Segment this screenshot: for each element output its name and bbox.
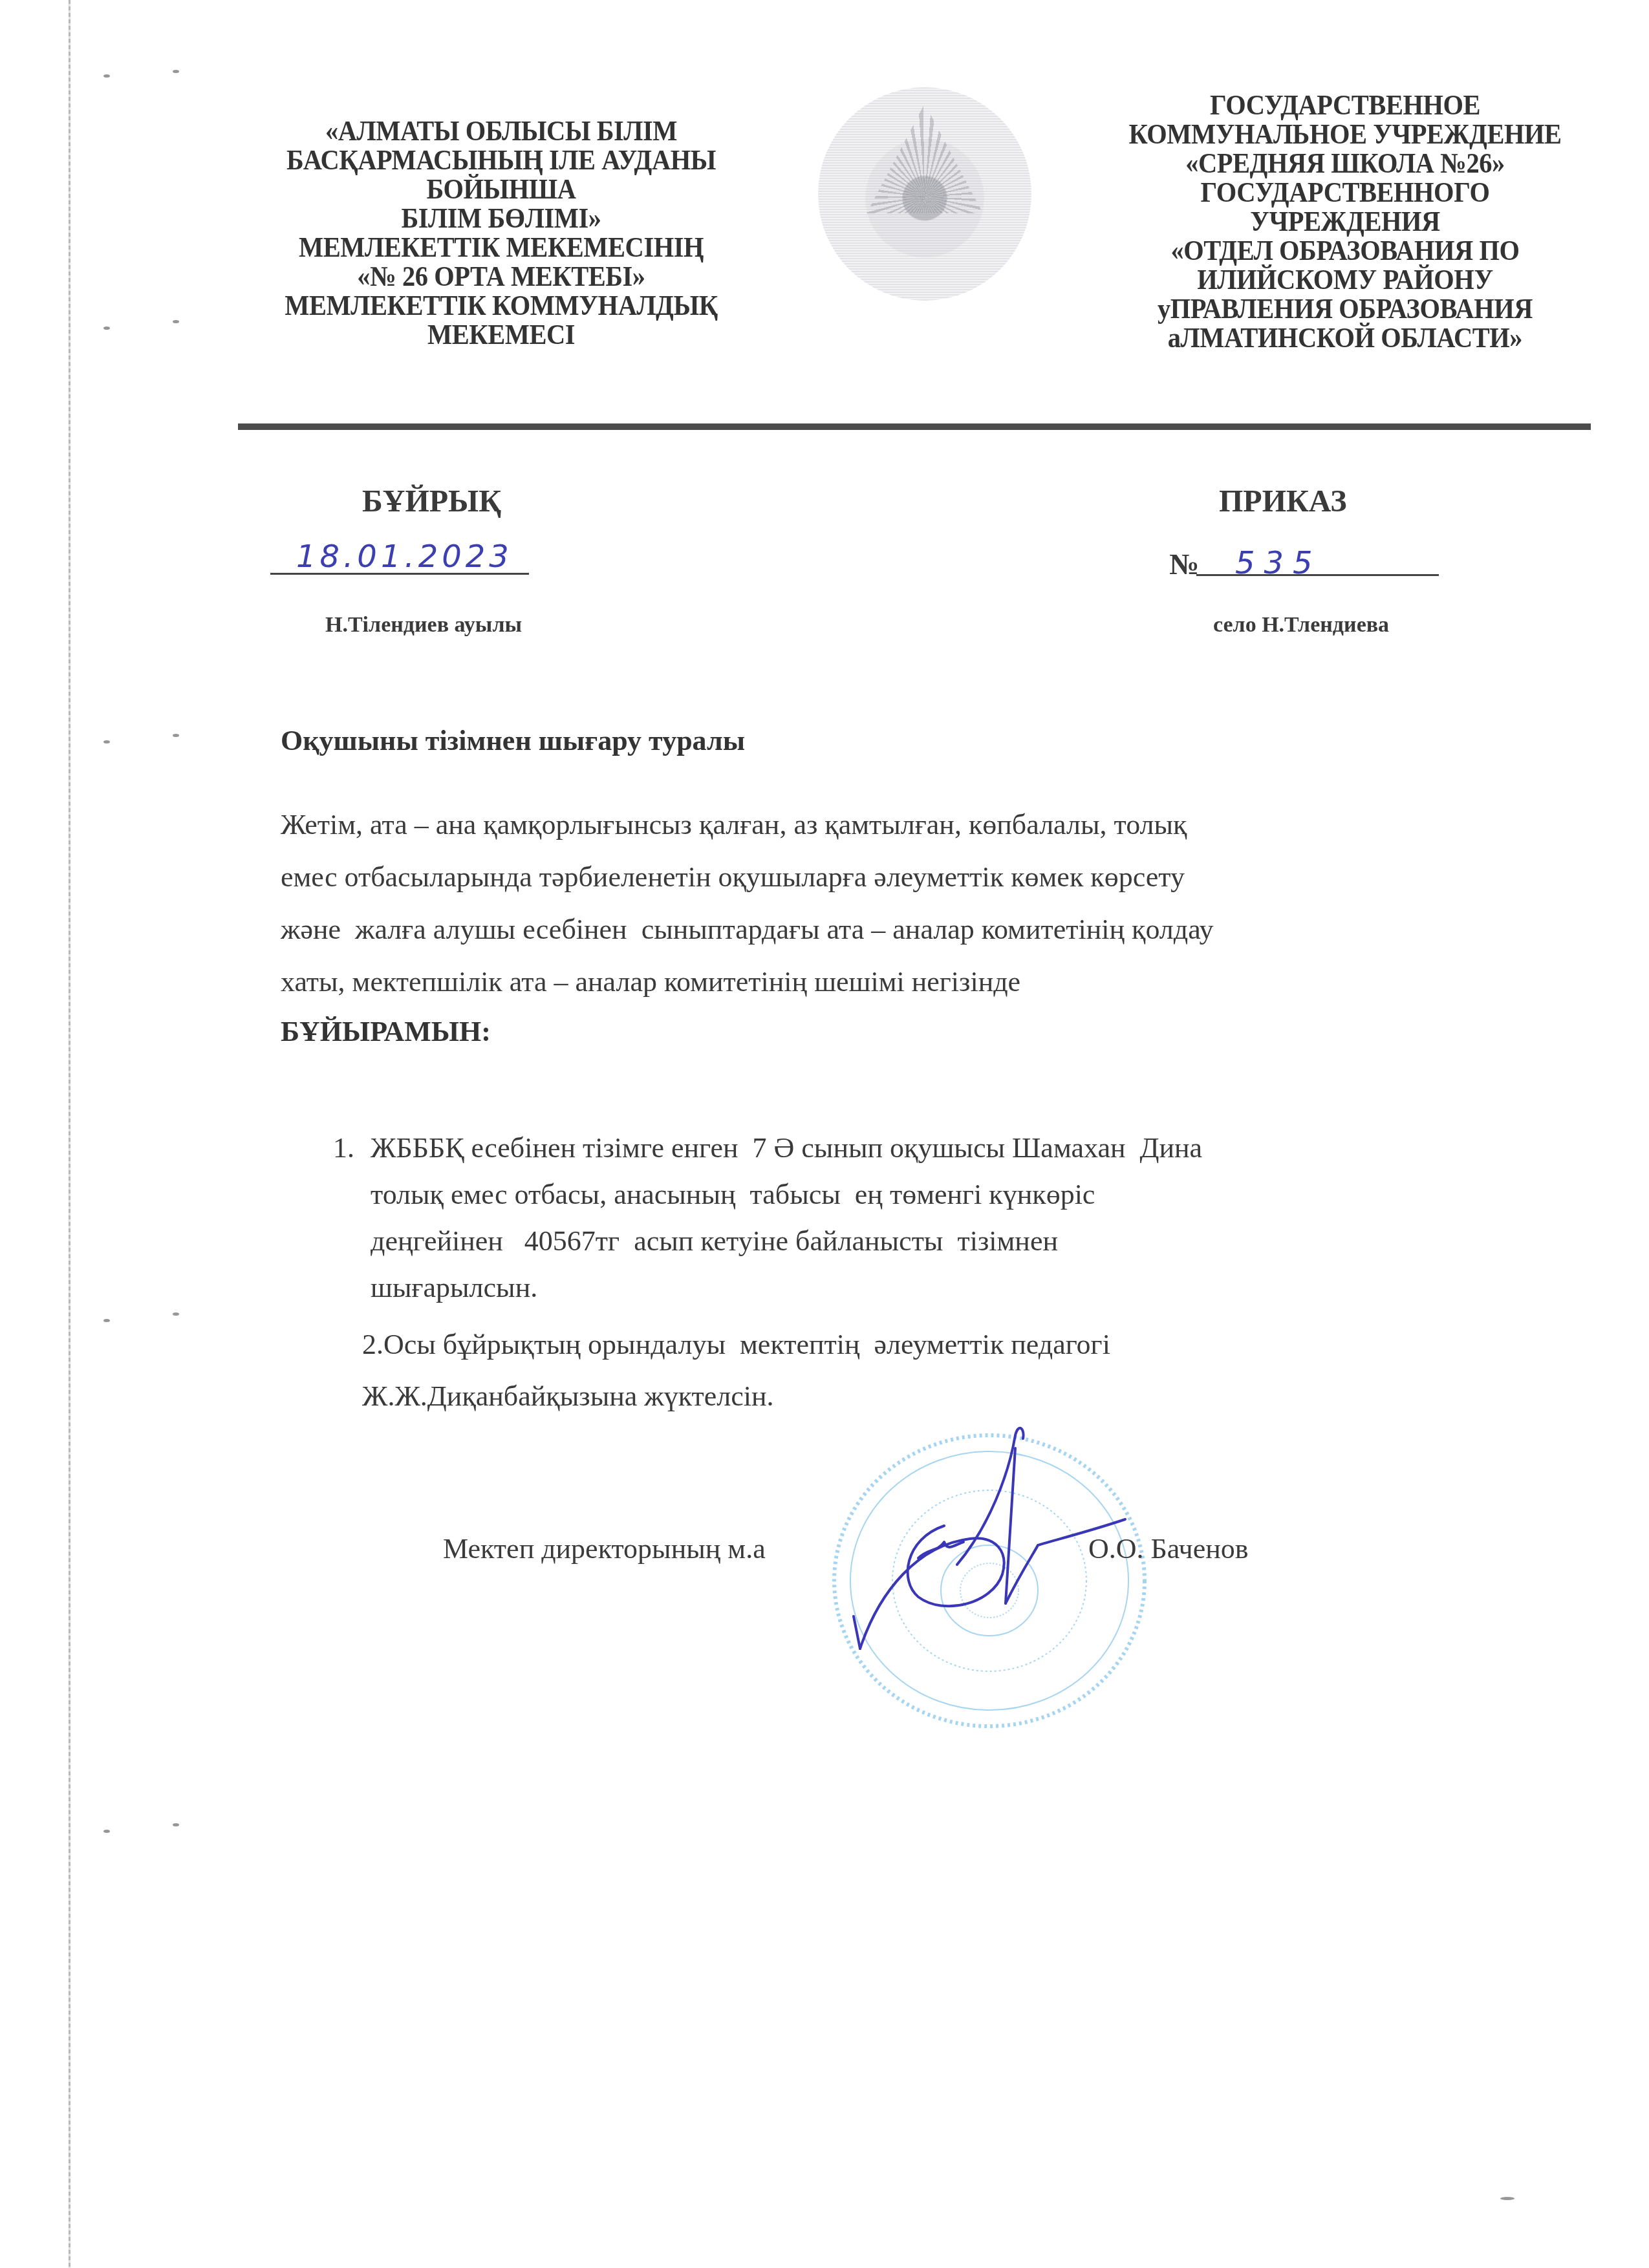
header-line: ИЛИЙСКОМУ РАЙОНУ	[1089, 265, 1600, 294]
scan-speck	[173, 1312, 179, 1316]
item-number: 1.	[333, 1125, 354, 1171]
header-line: КОММУНАЛЬНОЕ УЧРЕЖДЕНИЕ	[1089, 120, 1600, 149]
header-line: ГОСУДАРСТВЕННОЕ	[1089, 91, 1600, 120]
order-title-kz: БҰЙРЫҚ	[362, 484, 501, 519]
scan-speck	[173, 1823, 179, 1826]
scan-speck	[173, 320, 179, 323]
header-line: уПРАВЛЕНИЯ ОБРАЗОВАНИЯ	[1089, 294, 1600, 323]
order-subject: Оқушыны тізімнен шығару туралы	[281, 724, 745, 757]
date-underline	[270, 573, 529, 575]
header-line: БІЛІМ БӨЛІМІ»	[219, 204, 784, 233]
header-line: УЧРЕЖДЕНИЯ	[1089, 207, 1600, 236]
order-date: 18.01.2023	[296, 539, 513, 575]
scan-margin-line	[69, 0, 70, 2268]
header-line: ГОСУДАРСТВЕННОГО	[1089, 178, 1600, 207]
header-line: БАСҚАРМАСЫНЫҢ ІЛЕ АУДАНЫ	[219, 145, 784, 175]
header-left-kazakh: «АЛМАТЫ ОБЛЫСЫ БІЛІМ БАСҚАРМАСЫНЫҢ ІЛЕ А…	[219, 116, 784, 349]
scan-speck	[103, 1319, 110, 1322]
signatory-position: Мектеп директорының м.а	[443, 1532, 766, 1565]
scan-speck	[103, 326, 110, 330]
header-line: БОЙЫНША	[219, 175, 784, 204]
header-line: МЕМЛЕКЕТТІК МЕКЕМЕСІНІҢ	[219, 233, 784, 262]
header-divider	[238, 423, 1591, 430]
item-line: Ж.Ж.Диқанбайқызына жүктелсін.	[362, 1371, 1526, 1422]
order-item-2: 2.Осы бұйрықтың орындалуы мектептің әлеу…	[362, 1319, 1526, 1422]
place-kz: Н.Тілендиев ауылы	[325, 613, 522, 637]
header-line: МЕКЕМЕСІ	[219, 320, 784, 349]
preamble-line: және жалға алушы есебінен сыныптардағы а…	[281, 903, 1509, 956]
scan-speck	[103, 1830, 110, 1833]
item-line: ЖБББҚ есебінен тізімге енген 7 Ә сынып о…	[371, 1125, 1535, 1171]
scan-speck	[103, 740, 110, 744]
place-ru: село Н.Тлендиева	[1213, 613, 1389, 637]
header-line: «ОТДЕЛ ОБРАЗОВАНИЯ ПО	[1089, 236, 1600, 265]
header-line: «АЛМАТЫ ОБЛЫСЫ БІЛІМ	[219, 116, 784, 145]
header-line: МЕМЛЕКЕТТІК КОММУНАЛДЫҚ	[219, 291, 784, 320]
order-directive: БҰЙЫРАМЫН:	[281, 1015, 491, 1048]
number-sign: №	[1169, 547, 1199, 581]
number-underline	[1196, 574, 1439, 576]
scan-speck	[1500, 2197, 1514, 2200]
preamble-line: хаты, мектепшілік ата – аналар комитетін…	[281, 956, 1509, 1008]
header-line: аЛМАТИНСКОЙ ОБЛАСТИ»	[1089, 323, 1600, 352]
item-line: шығарылсын.	[371, 1265, 1535, 1311]
preamble: Жетім, ата – ана қамқорлығынсыз қалған, …	[281, 798, 1509, 1008]
scan-speck	[173, 70, 179, 73]
scan-speck	[173, 734, 179, 737]
item-line: деңгейінен 40567тг асып кетуіне байланыс…	[371, 1218, 1535, 1265]
header-line: «№ 26 ОРТА МЕКТЕБІ»	[219, 262, 784, 291]
preamble-line: Жетім, ата – ана қамқорлығынсыз қалған, …	[281, 798, 1509, 851]
scan-speck	[103, 74, 110, 78]
header-line: «СРЕДНЯЯ ШКОЛА №26»	[1089, 149, 1600, 178]
signatory-name: О.О. Баченов	[1088, 1532, 1249, 1565]
header-right-russian: ГОСУДАРСТВЕННОЕ КОММУНАЛЬНОЕ УЧРЕЖДЕНИЕ …	[1089, 91, 1600, 352]
order-title-ru: ПРИКАЗ	[1219, 484, 1347, 519]
item-line: толық емес отбасы, анасының табысы ең тө…	[371, 1171, 1535, 1218]
item-line: 2.Осы бұйрықтың орындалуы мектептің әлеу…	[362, 1319, 1526, 1371]
preamble-line: емес отбасыларында тәрбиеленетін оқушыла…	[281, 851, 1509, 903]
